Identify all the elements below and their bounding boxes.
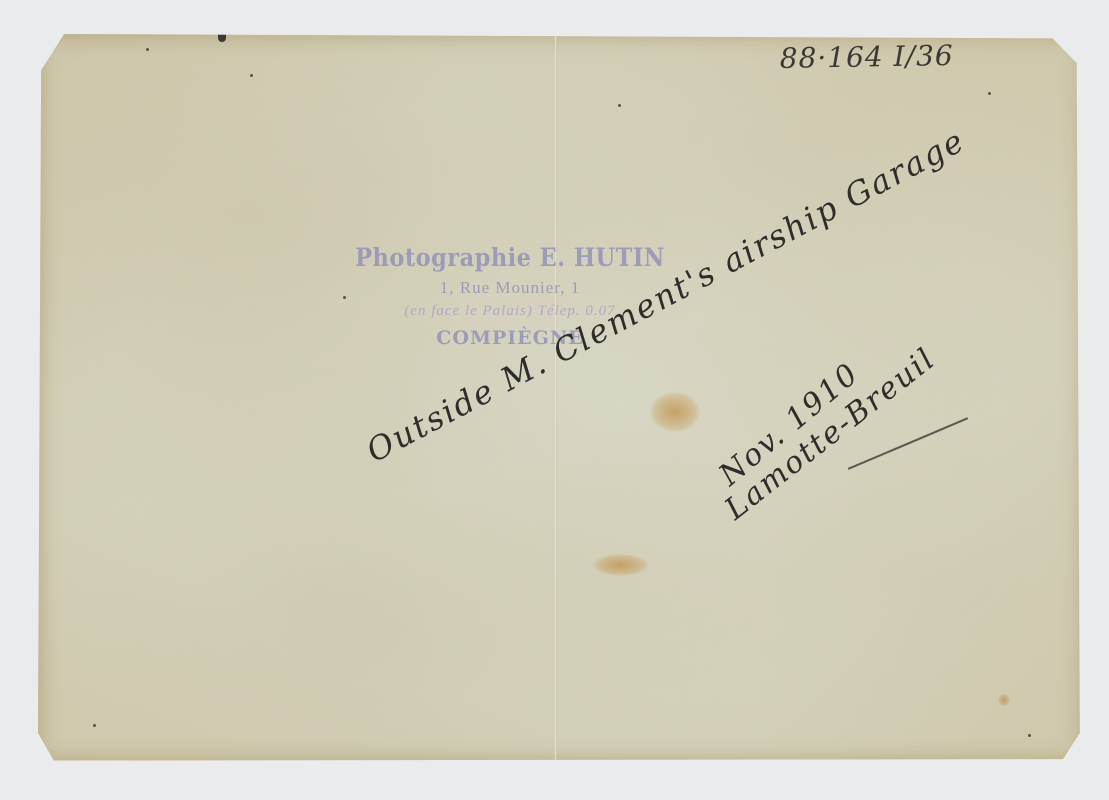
brown-stain [650, 392, 700, 432]
foxing-speck [988, 92, 991, 95]
foxing-speck [1028, 734, 1031, 737]
foxing-speck [146, 48, 149, 51]
brown-stain [998, 694, 1010, 706]
edge-notch [218, 34, 226, 42]
brown-stain [593, 554, 648, 576]
center-fold-crease [554, 34, 557, 762]
stamp-studio-name: Photographie E. HUTIN [321, 242, 699, 274]
stamp-city: COMPIÈGNE [300, 324, 720, 352]
foxing-speck [93, 724, 96, 727]
foxing-speck [250, 74, 253, 77]
foxing-speck [618, 104, 621, 107]
photo-scan: Photographie E. HUTIN 1, Rue Mounier, 1 … [0, 0, 1109, 800]
catalog-number: 88·164 I/36 [779, 39, 954, 75]
